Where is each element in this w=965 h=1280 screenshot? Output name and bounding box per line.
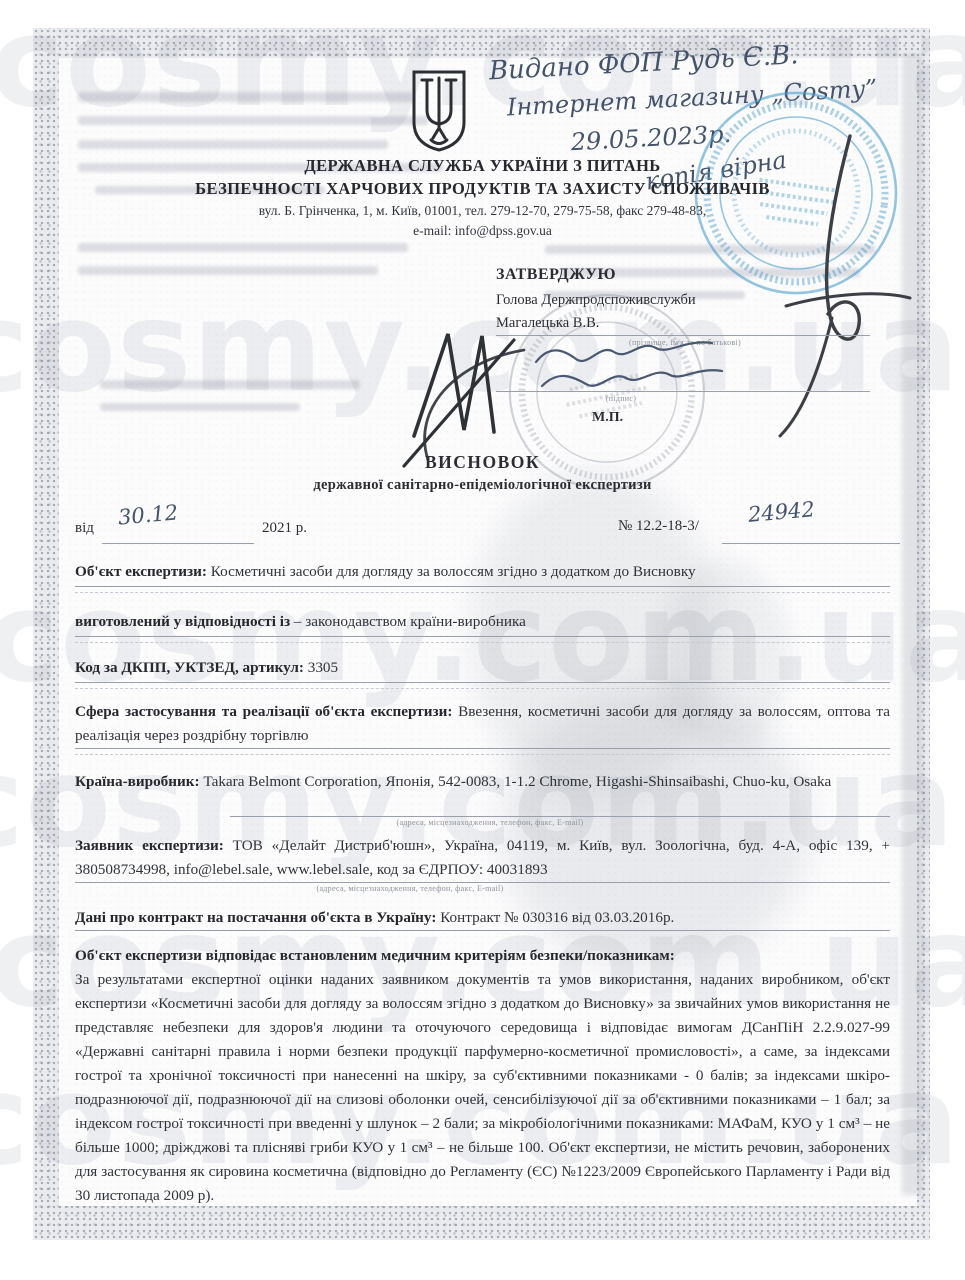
- approval-position: Голова Держпродспоживслужби: [496, 292, 696, 309]
- field-label: Країна-виробник:: [75, 773, 200, 790]
- number-underline: [722, 543, 900, 544]
- field-label: Об'єкт експертизи:: [75, 563, 207, 580]
- field-label: Код за ДКПП, УКТЗЕД, артикул:: [75, 659, 304, 676]
- document-title: ВИСНОВОК: [75, 452, 890, 473]
- field-underline-dashed: [75, 642, 890, 643]
- agency-name-line1: ДЕРЖАВНА СЛУЖБА УКРАЇНИ З ПИТАНЬ: [75, 156, 890, 176]
- seal-place-mark: М.П.: [592, 410, 623, 426]
- ghost-text-line: [100, 403, 300, 411]
- ghost-text-line: [78, 116, 428, 125]
- field-underline: [230, 816, 890, 817]
- approval-title: ЗАТВЕРДЖУЮ: [496, 266, 616, 284]
- field-value: – законодавством країни-виробника: [294, 613, 526, 630]
- conclusion-heading: Об'єкт експертизи відповідає встановлени…: [75, 944, 890, 968]
- date-prefix: від: [75, 520, 94, 537]
- field-expertise-object: Об'єкт експертизи: Косметичні засоби для…: [75, 560, 890, 584]
- field-underline-dashed: [75, 592, 890, 593]
- conclusion-heading-text: Об'єкт експертизи відповідає встановлени…: [75, 947, 675, 964]
- field-value: Takara Belmont Corporation, Японія, 542-…: [203, 773, 831, 790]
- ghost-text-line: [78, 243, 408, 252]
- field-caption: (адреса, місцезнаходження, телефон, факс…: [200, 884, 620, 893]
- field-manufactured-according: виготовлений у відповідності із – законо…: [75, 610, 890, 634]
- field-underline: [75, 636, 890, 637]
- ukraine-trident-emblem-icon: [410, 68, 468, 154]
- field-caption: (адреса, місцезнаходження, телефон, факс…: [280, 818, 700, 827]
- agency-email: e-mail: info@dpss.gov.ua: [75, 223, 890, 239]
- field-contract-info: Дані про контракт на постачання об'єкта …: [75, 906, 890, 930]
- ghost-text-line: [78, 92, 413, 102]
- field-application-sphere: Сфера застосування та реалізації об'єкта…: [75, 700, 890, 748]
- ghost-text-line: [78, 140, 388, 149]
- field-underline: [75, 682, 890, 683]
- field-label: виготовлений у відповідності із: [75, 613, 290, 630]
- agency-address: вул. Б. Грінченка, 1, м. Київ, 01001, те…: [75, 203, 890, 219]
- field-underline-dashed: [75, 688, 890, 689]
- field-applicant: Заявник експертизи: ТОВ «Делайт Дистриб'…: [75, 834, 890, 882]
- field-underline: [75, 586, 890, 587]
- ghost-text-line: [78, 266, 378, 275]
- field-code: Код за ДКПП, УКТЗЕД, артикул: 3305: [75, 656, 890, 680]
- field-underline: [75, 748, 890, 749]
- field-label: Сфера застосування та реалізації об'єкта…: [75, 703, 452, 720]
- document-number-prefix: № 12.2-18-3/: [618, 518, 699, 535]
- handwritten-signature-names: [528, 336, 743, 398]
- ghost-text-line: [100, 380, 360, 389]
- field-underline-dashed: [75, 754, 890, 755]
- document-subtitle: державної санітарно-епідеміологічної екс…: [75, 477, 890, 494]
- field-underline: [75, 930, 890, 931]
- conclusion-body: За результатами експертної оцінки надани…: [75, 968, 890, 1208]
- date-suffix: 2021 р.: [262, 520, 307, 537]
- date-underline: [102, 543, 254, 544]
- field-value: Контракт № 030316 від 03.03.2016р.: [440, 909, 674, 926]
- field-label: Заявник експертизи:: [75, 837, 224, 854]
- field-underline: [75, 882, 890, 883]
- field-value: Косметичні засоби для догляду за волосся…: [211, 563, 696, 580]
- agency-name-line2: БЕЗПЕЧНОСТІ ХАРЧОВИХ ПРОДУКТІВ ТА ЗАХИСТ…: [75, 179, 890, 199]
- field-manufacturer-country: Країна-виробник: Takara Belmont Corporat…: [75, 770, 890, 794]
- field-value: 3305: [308, 659, 338, 676]
- field-label: Дані про контракт на постачання об'єкта …: [75, 909, 436, 926]
